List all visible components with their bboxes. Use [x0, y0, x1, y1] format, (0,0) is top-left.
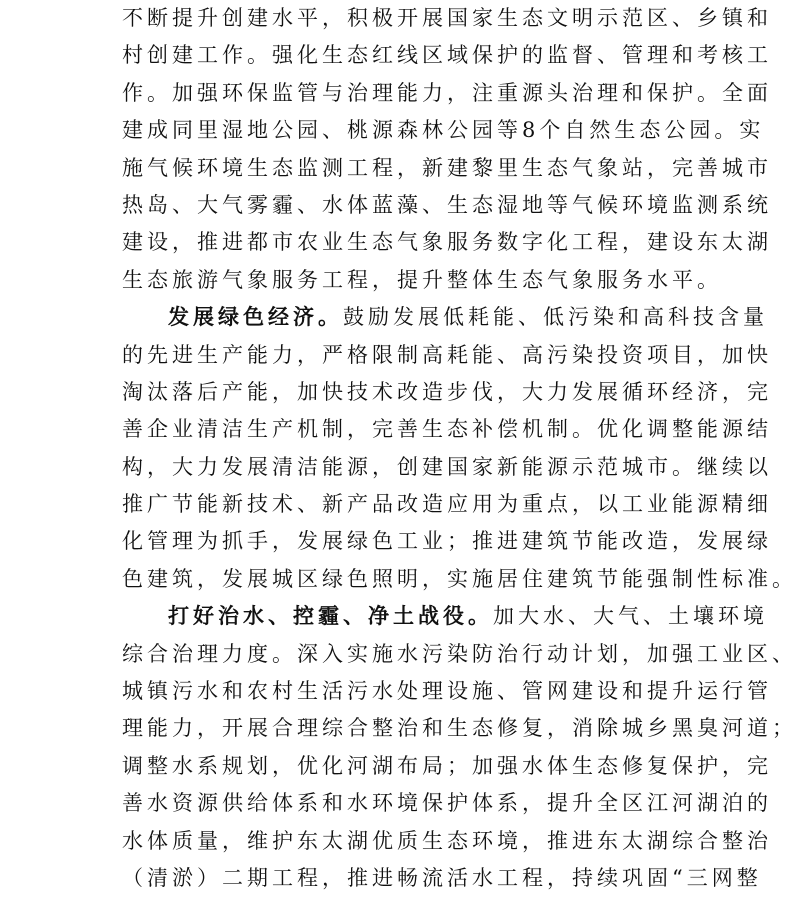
paragraph-ecology-construction: 不断提升创建水平，积极开展国家生态文明示范区、乡镇和 村创建工作。强化生态红线区… [122, 0, 674, 299]
paragraph-heading: 打好治水、控霾、净土战役。 [168, 604, 493, 628]
text-line: （清淤）二期工程，推进畅流活水工程，持续巩固“三网整 [122, 860, 674, 897]
text-line: 善水资源供给体系和水环境保护体系，提升全区江河湖泊的 [122, 785, 674, 822]
text-line: 作。加强环保监管与治理能力，注重源头治理和保护。全面 [122, 75, 674, 112]
text-line: 推广节能新技术、新产品改造应用为重点，以工业能源精细 [122, 486, 674, 523]
text-line: 生态旅游气象服务工程，提升整体生态气象服务水平。 [122, 262, 674, 299]
text-line: 的先进生产能力，严格限制高耗能、高污染投资项目，加快 [122, 337, 674, 374]
text-line: 淘汰落后产能，加快技术改造步伐，大力发展循环经济，完 [122, 374, 674, 411]
paragraph-first-line: 发展绿色经济。鼓励发展低耗能、低污染和高科技含量 [122, 299, 674, 336]
paragraph-first-line-text: 加大水、大气、土壤环境 [493, 604, 768, 628]
text-line: 理能力，开展合理综合整治和生态修复，消除城乡黑臭河道； [122, 710, 674, 747]
text-line: 色建筑，发展城区绿色照明，实施居住建筑节能强制性标准。 [122, 561, 674, 598]
text-line: 水体质量，维护东太湖优质生态环境，推进东太湖综合整治 [122, 823, 674, 860]
paragraph-heading: 发展绿色经济。 [168, 305, 343, 329]
text-line: 构，大力发展清洁能源，创建国家新能源示范城市。继续以 [122, 449, 674, 486]
paragraph-first-line-text: 鼓励发展低耗能、低污染和高科技含量 [343, 305, 768, 329]
text-line: 综合治理力度。深入实施水污染防治行动计划，加强工业区、 [122, 636, 674, 673]
document-page: 不断提升创建水平，积极开展国家生态文明示范区、乡镇和 村创建工作。强化生态红线区… [122, 0, 674, 897]
text-line: 化管理为抓手，发展绿色工业；推进建筑节能改造，发展绿 [122, 523, 674, 560]
text-line: 不断提升创建水平，积极开展国家生态文明示范区、乡镇和 [122, 0, 674, 37]
paragraph-first-line: 打好治水、控霾、净土战役。加大水、大气、土壤环境 [122, 598, 674, 635]
paragraph-pollution-control: 打好治水、控霾、净土战役。加大水、大气、土壤环境 综合治理力度。深入实施水污染防… [122, 598, 674, 897]
text-line: 建成同里湿地公园、桃源森林公园等8个自然生态公园。实 [122, 112, 674, 149]
text-line: 施气候环境生态监测工程，新建黎里生态气象站，完善城市 [122, 150, 674, 187]
text-line: 善企业清洁生产机制，完善生态补偿机制。优化调整能源结 [122, 411, 674, 448]
paragraph-green-economy: 发展绿色经济。鼓励发展低耗能、低污染和高科技含量 的先进生产能力，严格限制高耗能… [122, 299, 674, 598]
text-line: 建设，推进都市农业生态气象服务数字化工程，建设东太湖 [122, 224, 674, 261]
text-line: 调整水系规划，优化河湖布局；加强水体生态修复保护，完 [122, 748, 674, 785]
text-line: 城镇污水和农村生活污水处理设施、管网建设和提升运行管 [122, 673, 674, 710]
text-line: 村创建工作。强化生态红线区域保护的监督、管理和考核工 [122, 37, 674, 74]
text-line: 热岛、大气雾霾、水体蓝藻、生态湿地等气候环境监测系统 [122, 187, 674, 224]
